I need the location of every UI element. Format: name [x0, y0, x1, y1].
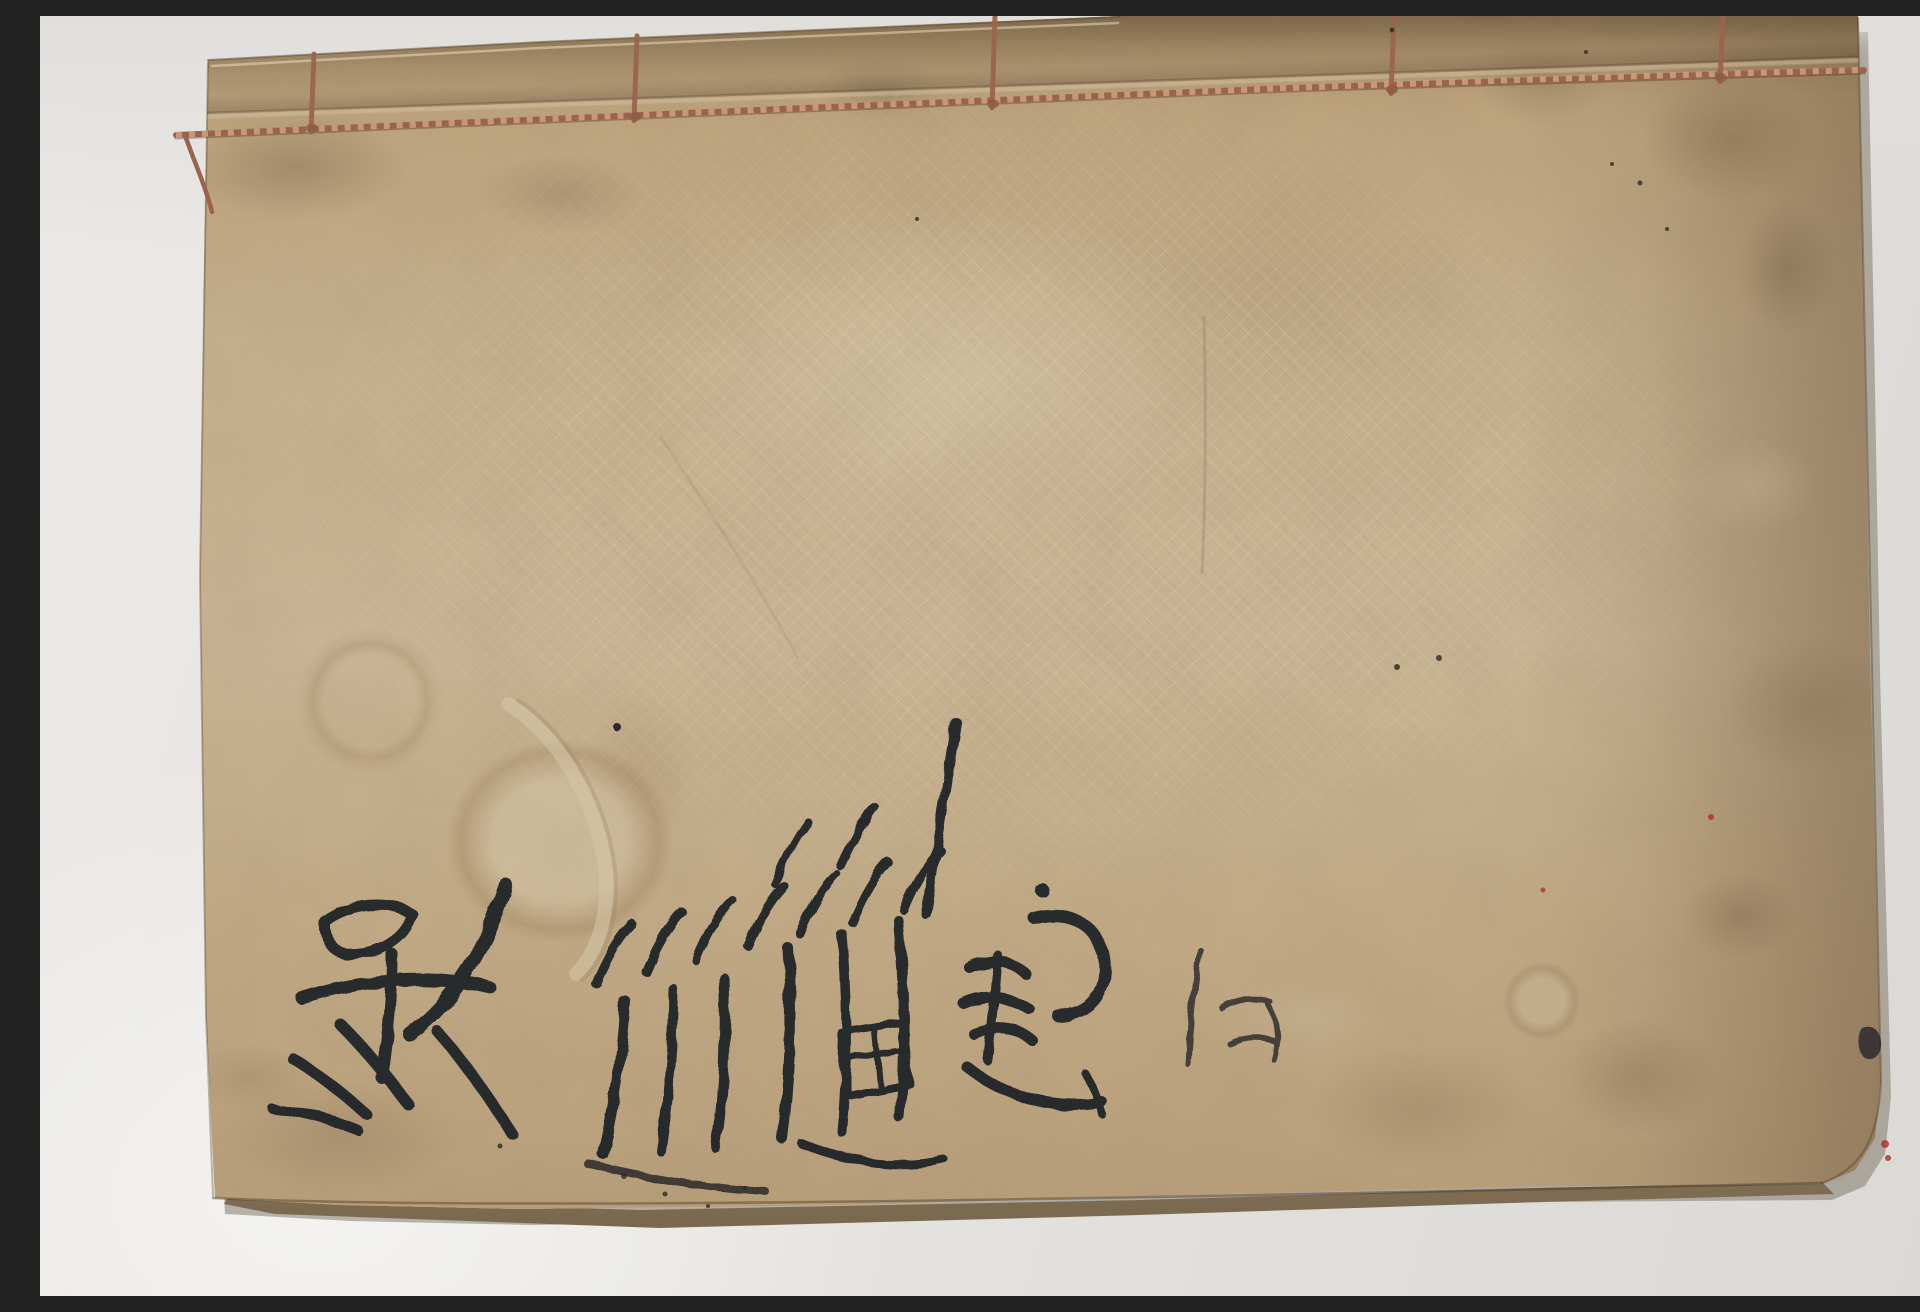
- binding-stitch: [1720, 16, 1723, 82]
- binding-stitch-knot: [629, 112, 641, 121]
- binding-stitch: [634, 36, 637, 121]
- binding-stitch-knot: [1715, 73, 1727, 82]
- binding-stitch: [992, 16, 995, 108]
- paper-grain: [40, 16, 1920, 1296]
- binding-stitch: [311, 54, 314, 132]
- book-detail-overlay: [40, 16, 1920, 1296]
- photo-backdrop: Aged tan handmade-paper book cover, five…: [40, 16, 1920, 1296]
- binding-stitch-knot: [987, 99, 999, 108]
- binding-stitch-knot: [1386, 85, 1398, 94]
- binding-stitch-knot: [306, 124, 318, 133]
